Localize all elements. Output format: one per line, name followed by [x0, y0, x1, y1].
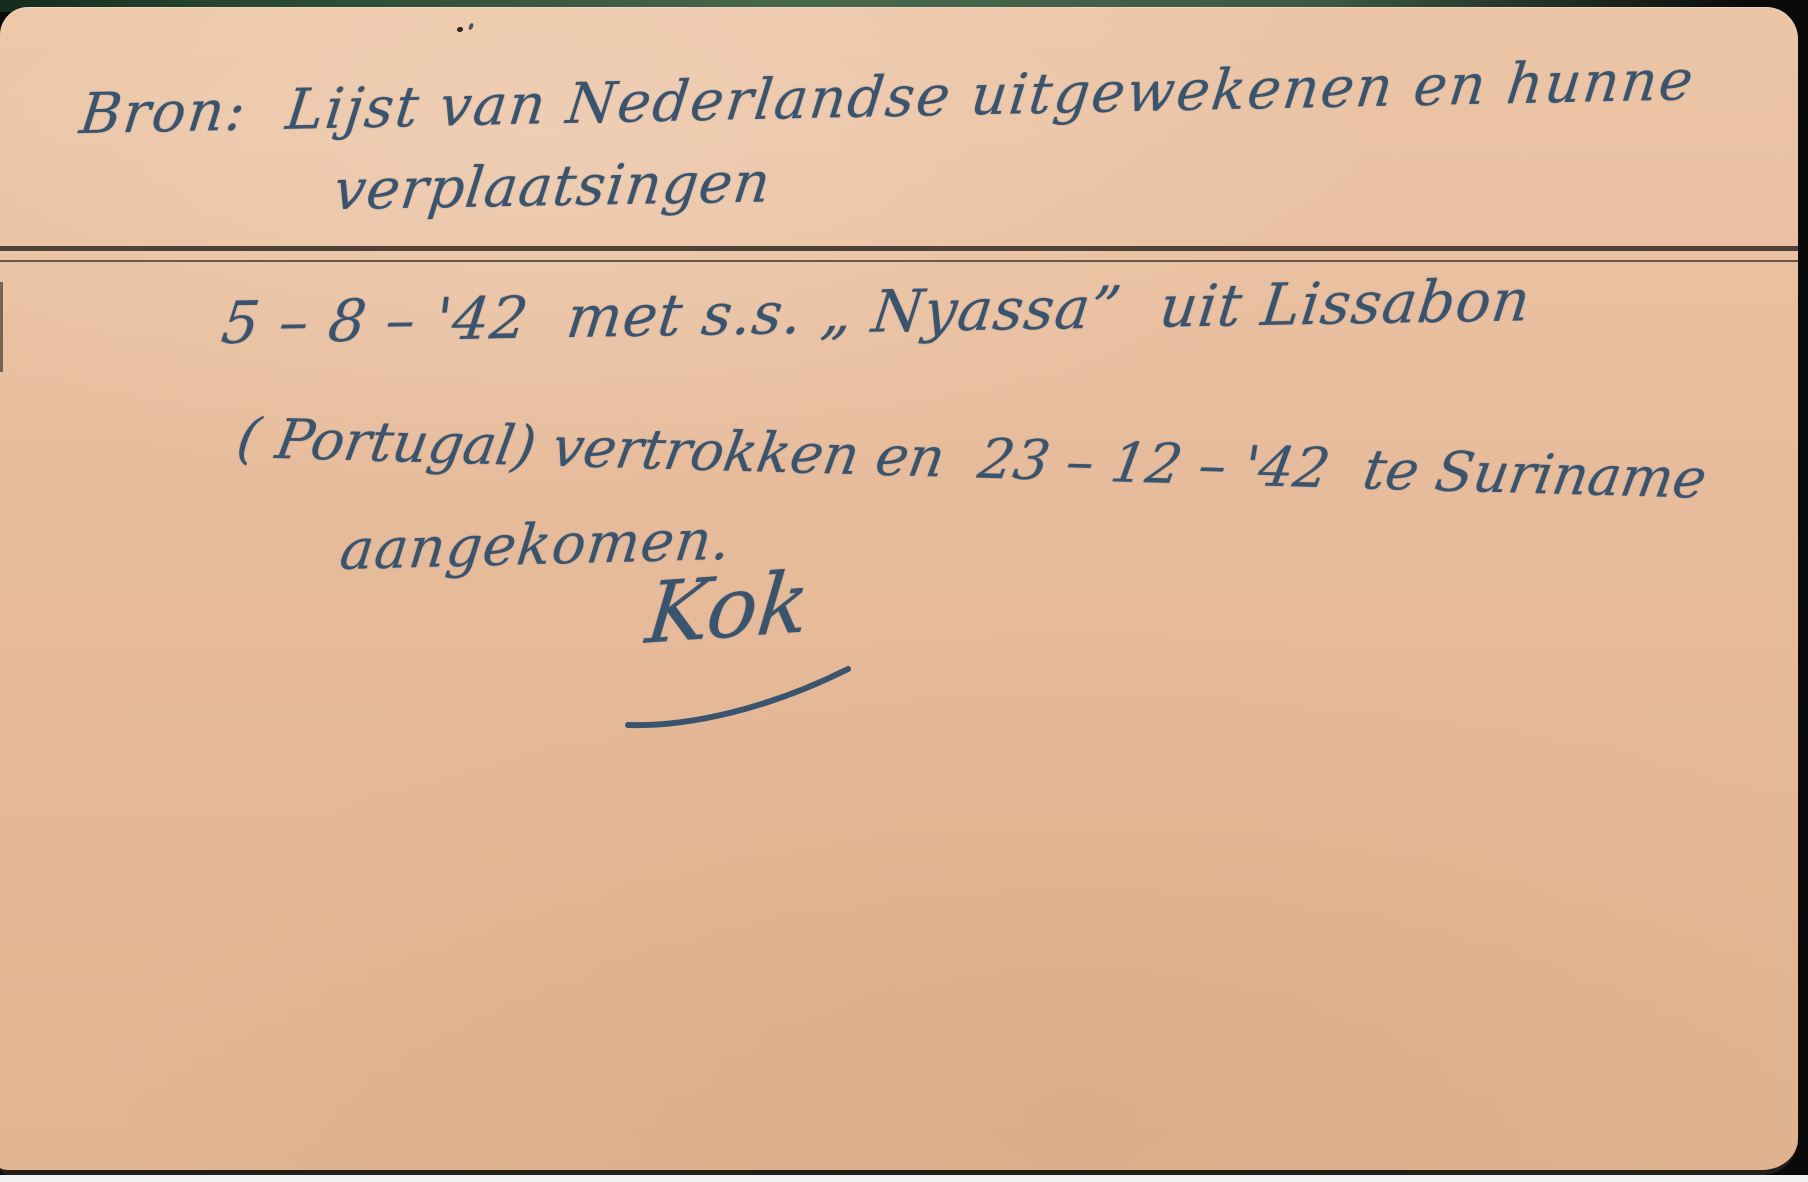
- travel-note-line-2: ( Portugal) vertrokken en 23 – 12 – '42 …: [233, 408, 1711, 509]
- printed-rule-thick: [0, 246, 1798, 251]
- ink-speck: [457, 27, 463, 32]
- scanned-index-card-image: Bron: Lijst van Nederlandse uitgewekenen…: [0, 0, 1808, 1182]
- source-note-line-1: Bron: Lijst van Nederlandse uitgewekenen…: [77, 50, 1698, 146]
- scanner-bed-strip: [0, 1175, 1808, 1182]
- signature-underline-flourish: [618, 657, 858, 737]
- source-note-line-2: verplaatsingen: [330, 152, 774, 221]
- index-card: Bron: Lijst van Nederlandse uitgewekenen…: [0, 7, 1798, 1175]
- travel-note-line-1: 5 – 8 – '42 met s.s. „ Nyassa” uit Lissa…: [218, 269, 1534, 356]
- ink-speck: [468, 23, 474, 31]
- printed-rule-thin: [0, 260, 1798, 262]
- signature: Kok: [642, 556, 813, 661]
- card-left-edge-shadow: [0, 282, 3, 372]
